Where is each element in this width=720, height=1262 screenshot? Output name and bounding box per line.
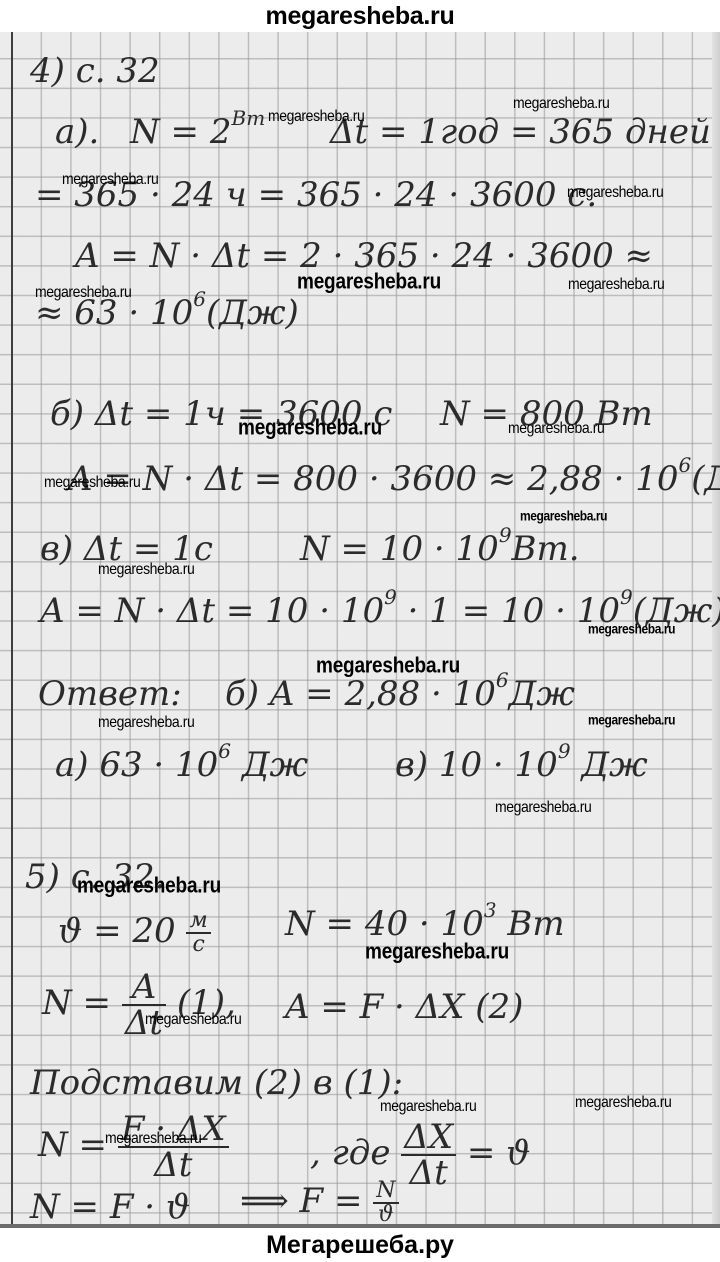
problem-4a-power: N = 2Вт [130,115,265,149]
problem-4v-power: N = 10 · 109Вт. [300,532,580,566]
where-denominator: Δt [401,1156,456,1190]
where-numerator: ΔX [401,1120,456,1156]
force-fraction: Nϑ [373,1180,398,1224]
answer-label: Ответ: [38,677,182,711]
watermark: megaresheba.ru [588,712,675,728]
work-result: · 1 = 10 · 10 [397,591,620,631]
problem-4a-work-formula: A = N · Δt = 2 · 365 · 24 · 3600 ≈ [75,239,653,273]
power-value: N = 10 · 10 [300,529,499,569]
equation-4-result: ⟹ F = Nϑ [240,1180,399,1224]
problem-5-power: N = 40 · 103 Вт [285,907,565,941]
power-unit: Вт [507,904,564,944]
watermark: megaresheba.ru [105,1128,201,1146]
watermark: megaresheba.ru [495,797,591,815]
site-banner-bottom: Мегарешеба.ру [0,1228,720,1262]
work-exponent: 6 [193,287,206,311]
work-value: A = N · Δt = 800 · 3600 ≈ 2,88 · 10 [68,459,679,499]
work-exponent: 6 [679,453,692,477]
work-unit: (Дж) [206,293,299,333]
velocity-unit: мс [186,910,210,956]
watermark: megaresheba.ru [268,106,364,124]
substitute-text: Подставим (2) в (1): [30,1066,403,1100]
equation-3: N = F · ΔXΔt [38,1112,229,1182]
eq3-fraction: F · ΔXΔt [118,1112,229,1182]
watermark: megaresheba.ru [513,93,609,111]
watermark: megaresheba.ru [520,508,607,524]
velocity-value: ϑ = 20 [58,911,176,951]
equation-2: A = F · ΔX (2) [285,990,523,1024]
answer-v-value: в) 10 · 10 [395,745,558,785]
watermark: megaresheba.ru [365,940,509,965]
answer-a-unit: Дж [242,745,308,785]
answer-b-unit: Дж [509,674,575,714]
force-numerator: N [373,1180,398,1204]
unit-denominator: с [186,934,210,956]
work-unit: (Дж) [691,459,720,499]
watermark: megaresheba.ru [380,1096,476,1114]
power-value: N = 40 · 10 [285,904,484,944]
answer-v-exponent: 9 [558,739,571,763]
answer-v-unit: Дж [581,745,647,785]
power-unit: Вт [232,106,266,130]
power-unit: Вт. [512,529,580,569]
margin-line [11,32,13,1224]
watermark: megaresheba.ru [238,416,382,441]
watermark: megaresheba.ru [44,472,140,490]
answer-v: в) 10 · 109 Дж [395,748,648,782]
watermark: megaresheba.ru [35,282,131,300]
eq1-fraction: AΔt [122,970,166,1040]
where-rhs: = ϑ [467,1133,531,1173]
where-text: , где [310,1133,390,1173]
watermark: megaresheba.ru [145,1009,241,1027]
power-value: N = 2 [130,112,232,152]
notebook-page: 4) с. 32 а). N = 2Вт Δt = 1год = 365 дне… [0,32,720,1224]
problem-5-velocity: ϑ = 20 мс [58,910,211,956]
equation-1: N = AΔt (1), [42,970,236,1040]
equation-4: N = F · ϑ [30,1190,190,1224]
watermark: megaresheba.ru [62,169,158,187]
site-banner-top: megaresheba.ru [0,0,720,32]
eq3-lhs: N = [38,1125,107,1165]
watermark: megaresheba.ru [567,182,663,200]
implies-text: ⟹ F = [240,1181,362,1221]
answer-a-exponent: 6 [218,739,231,763]
watermark: megaresheba.ru [508,418,604,436]
force-denominator: ϑ [373,1204,398,1224]
eq3-denominator: Δt [118,1148,229,1182]
work-result-exponent: 9 [620,585,633,609]
where-fraction: ΔXΔt [401,1120,456,1190]
watermark: megaresheba.ru [588,621,675,637]
watermark: megaresheba.ru [297,270,441,295]
watermark: megaresheba.ru [98,712,194,730]
problem-4-header: 4) с. 32 [30,54,160,88]
watermark: megaresheba.ru [98,559,194,577]
unit-numerator: м [186,910,210,934]
watermark: megaresheba.ru [568,274,664,292]
problem-4a-label: а). [55,115,99,149]
watermark: megaresheba.ru [575,1092,671,1110]
answer-a-value: а) 63 · 10 [55,745,218,785]
problem-4b-work: A = N · Δt = 800 · 3600 ≈ 2,88 · 106(Дж) [68,462,720,496]
answer-b-value: б) A = 2,88 · 10 [225,674,496,714]
answer-a: а) 63 · 106 Дж [55,748,308,782]
power-exponent: 3 [484,898,497,922]
watermark: megaresheba.ru [77,874,221,899]
problem-4a-time: Δt = 1год = 365 дней = [330,115,720,149]
problem-4a-work-result: ≈ 63 · 106(Дж) [35,296,299,330]
answer-b-exponent: 6 [496,668,509,692]
work-value: A = N · Δt = 10 · 10 [40,591,384,631]
power-exponent: 9 [499,523,512,547]
watermark: megaresheba.ru [316,654,460,679]
work-exponent: 9 [384,585,397,609]
eq1-numerator: A [122,970,166,1006]
eq1-lhs: N = [42,983,111,1023]
answer-b: б) A = 2,88 · 106Дж [225,677,575,711]
